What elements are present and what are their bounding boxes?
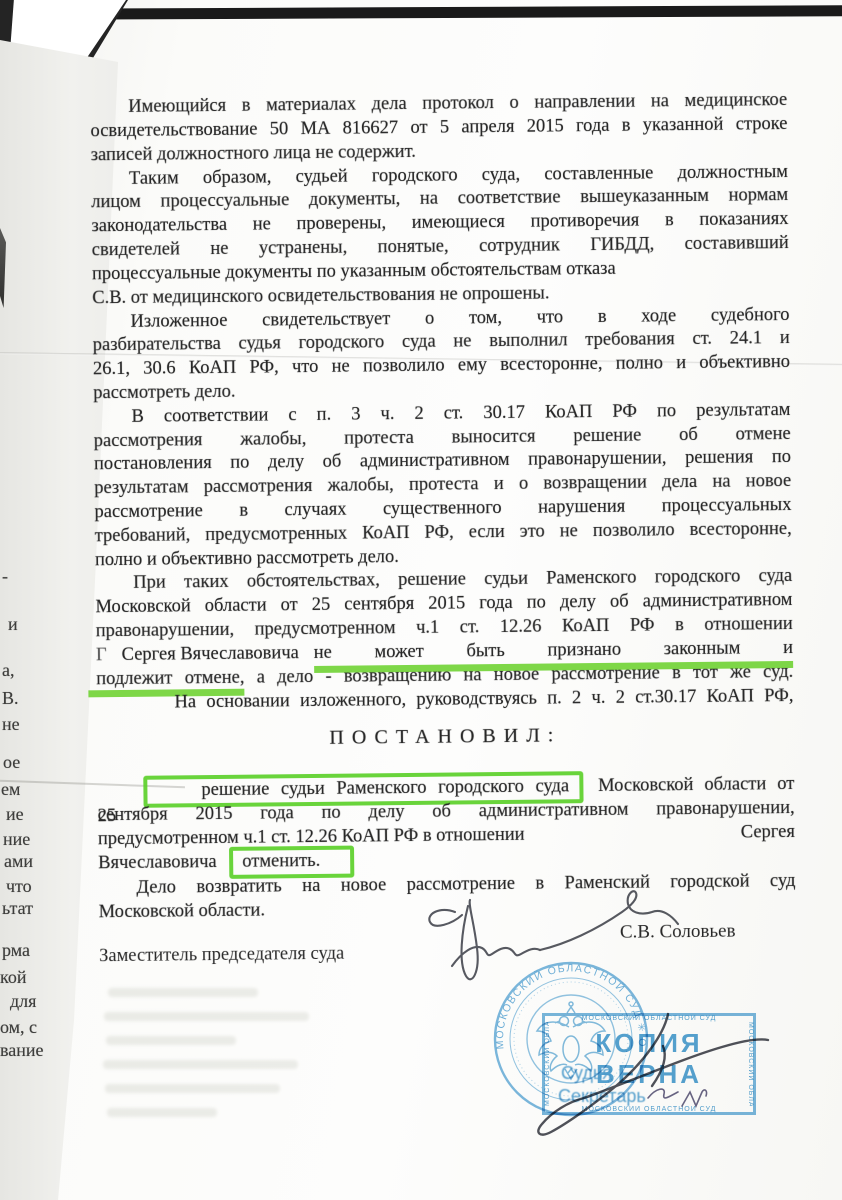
secretary-signature [648,1089,707,1106]
handwritten-signatures [0,0,842,1200]
certification-signature [538,1014,768,1135]
judge-signature [429,891,678,979]
scanned-court-document: - и а, В. не ое ем ие ние ами что ьтат р… [0,0,842,1200]
